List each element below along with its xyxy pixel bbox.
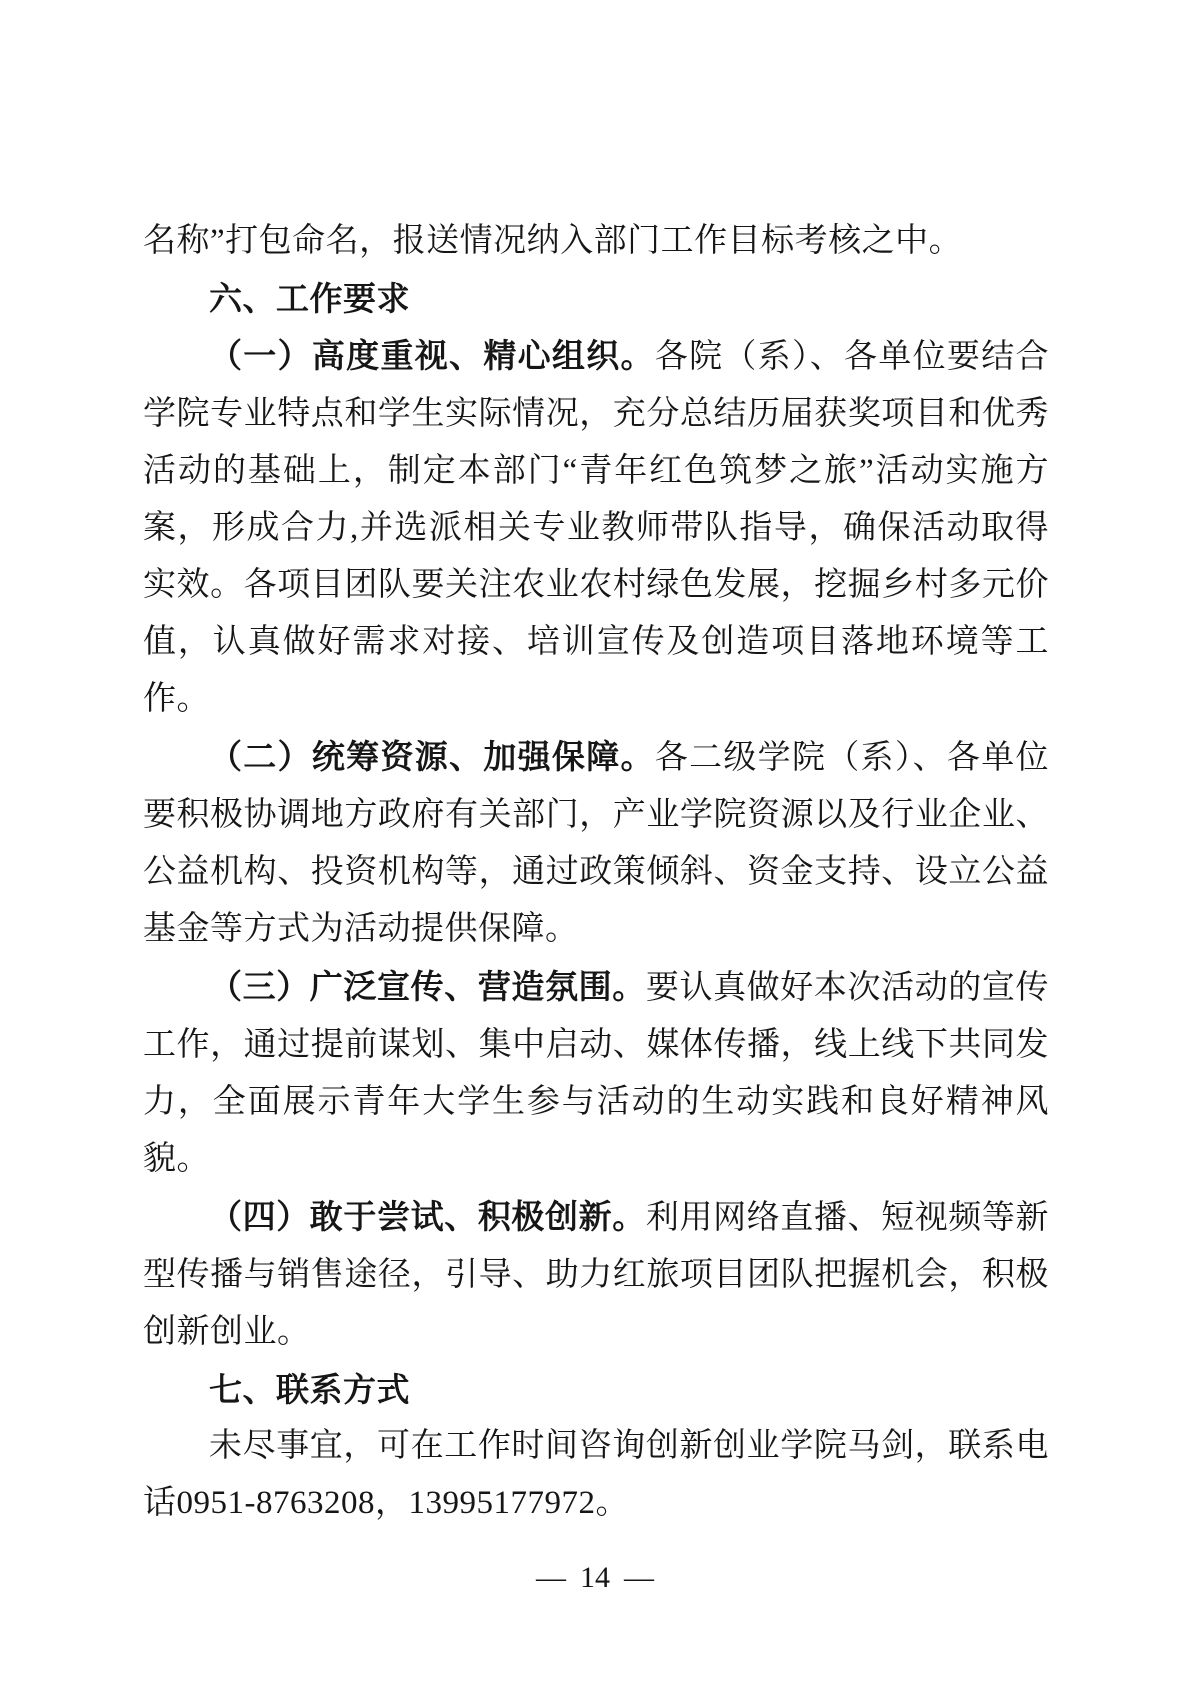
paragraph-continuation: 名称”打包命名，报送情况纳入部门工作目标考核之中。 xyxy=(143,213,1049,270)
page-footer: —14— xyxy=(0,1558,1190,1598)
paragraph-requirement-4: （四）敢于尝试、积极创新。利用网络直播、短视频等新型传播与销售途径，引导、助力红… xyxy=(143,1188,1049,1361)
paragraph-contact: 未尽事宜，可在工作时间咨询创新创业学院马剑，联系电话0951-8763208，1… xyxy=(143,1418,1049,1532)
page-number: 14 xyxy=(580,1558,610,1598)
footer-dash-right: — xyxy=(624,1558,654,1598)
section-heading-contact: 七、联系方式 xyxy=(143,1361,1049,1418)
paragraph-requirement-3-lead: （三）广泛宣传、营造氛围。 xyxy=(209,968,646,1005)
section-heading-work-requirements: 六、工作要求 xyxy=(143,270,1049,327)
paragraph-requirement-4-lead: （四）敢于尝试、积极创新。 xyxy=(209,1198,646,1235)
paragraph-requirement-1: （一）高度重视、精心组织。各院（系）、各单位要结合学院专业特点和学生实际情况，充… xyxy=(143,327,1049,728)
paragraph-requirement-3: （三）广泛宣传、营造氛围。要认真做好本次活动的宣传工作，通过提前谋划、集中启动、… xyxy=(143,958,1049,1188)
footer-dash-left: — xyxy=(536,1558,566,1598)
paragraph-requirement-2-lead: （二）统筹资源、加强保障。 xyxy=(209,738,655,775)
document-body: 名称”打包命名，报送情况纳入部门工作目标考核之中。 六、工作要求 （一）高度重视… xyxy=(143,213,1049,1532)
paragraph-requirement-2: （二）统筹资源、加强保障。各二级学院（系）、各单位要积极协调地方政府有关部门，产… xyxy=(143,728,1049,958)
paragraph-requirement-1-text: 各院（系）、各单位要结合学院专业特点和学生实际情况，充分总结历届获奖项目和优秀活… xyxy=(143,339,1049,717)
paragraph-requirement-1-lead: （一）高度重视、精心组织。 xyxy=(209,337,655,374)
document-page: 名称”打包命名，报送情况纳入部门工作目标考核之中。 六、工作要求 （一）高度重视… xyxy=(0,0,1190,1682)
